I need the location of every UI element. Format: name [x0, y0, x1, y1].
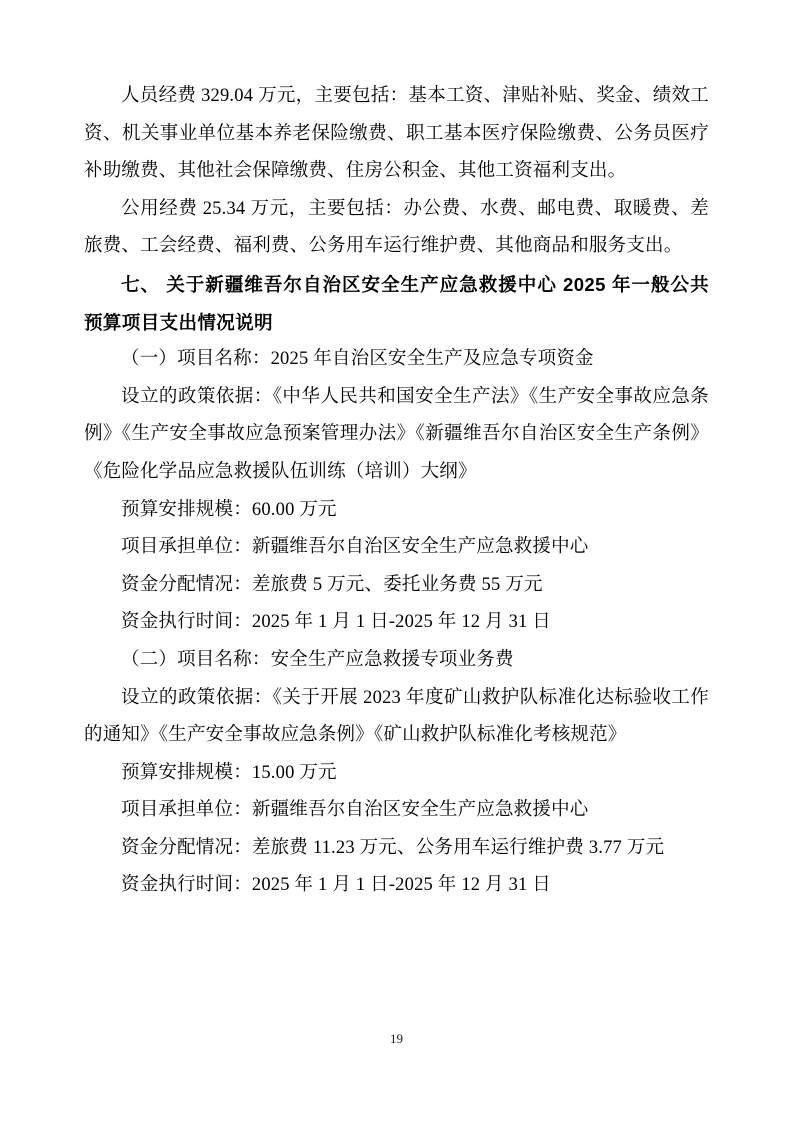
- paragraph: 预算安排规模：15.00 万元: [84, 755, 709, 793]
- paragraph: 设立的政策依据：《中华人民共和国安全生产法》《生产安全事故应急条例》《生产安全事…: [84, 379, 709, 492]
- paragraph: 设立的政策依据：《关于开展 2023 年度矿山救护队标准化达标验收工作的通知》《…: [84, 680, 709, 755]
- paragraph: 项目承担单位：新疆维吾尔自治区安全生产应急救援中心: [84, 529, 709, 567]
- paragraph: 资金分配情况：差旅费 5 万元、委托业务费 55 万元: [84, 567, 709, 605]
- document-page: 人员经费 329.04 万元，主要包括：基本工资、津贴补贴、奖金、绩效工资、机关…: [0, 0, 793, 1122]
- paragraph: 资金分配情况：差旅费 11.23 万元、公务用车运行维护费 3.77 万元: [84, 830, 709, 868]
- paragraph: 公用经费 25.34 万元，主要包括：办公费、水费、邮电费、取暖费、差旅费、工会…: [84, 191, 709, 266]
- document-body: 人员经费 329.04 万元，主要包括：基本工资、津贴补贴、奖金、绩效工资、机关…: [84, 78, 709, 905]
- section-heading: 七、 关于新疆维吾尔自治区安全生产应急救援中心 2025 年一般公共预算项目支出…: [84, 266, 709, 341]
- paragraph: 资金执行时间：2025 年 1 月 1 日-2025 年 12 月 31 日: [84, 867, 709, 905]
- paragraph: 资金执行时间：2025 年 1 月 1 日-2025 年 12 月 31 日: [84, 604, 709, 642]
- paragraph: （二）项目名称：安全生产应急救援专项业务费: [84, 642, 709, 680]
- paragraph: 项目承担单位：新疆维吾尔自治区安全生产应急救援中心: [84, 792, 709, 830]
- paragraph: 预算安排规模：60.00 万元: [84, 492, 709, 530]
- page-number: 19: [0, 1031, 793, 1046]
- paragraph: （一）项目名称：2025 年自治区安全生产及应急专项资金: [84, 341, 709, 379]
- paragraph: 人员经费 329.04 万元，主要包括：基本工资、津贴补贴、奖金、绩效工资、机关…: [84, 78, 709, 191]
